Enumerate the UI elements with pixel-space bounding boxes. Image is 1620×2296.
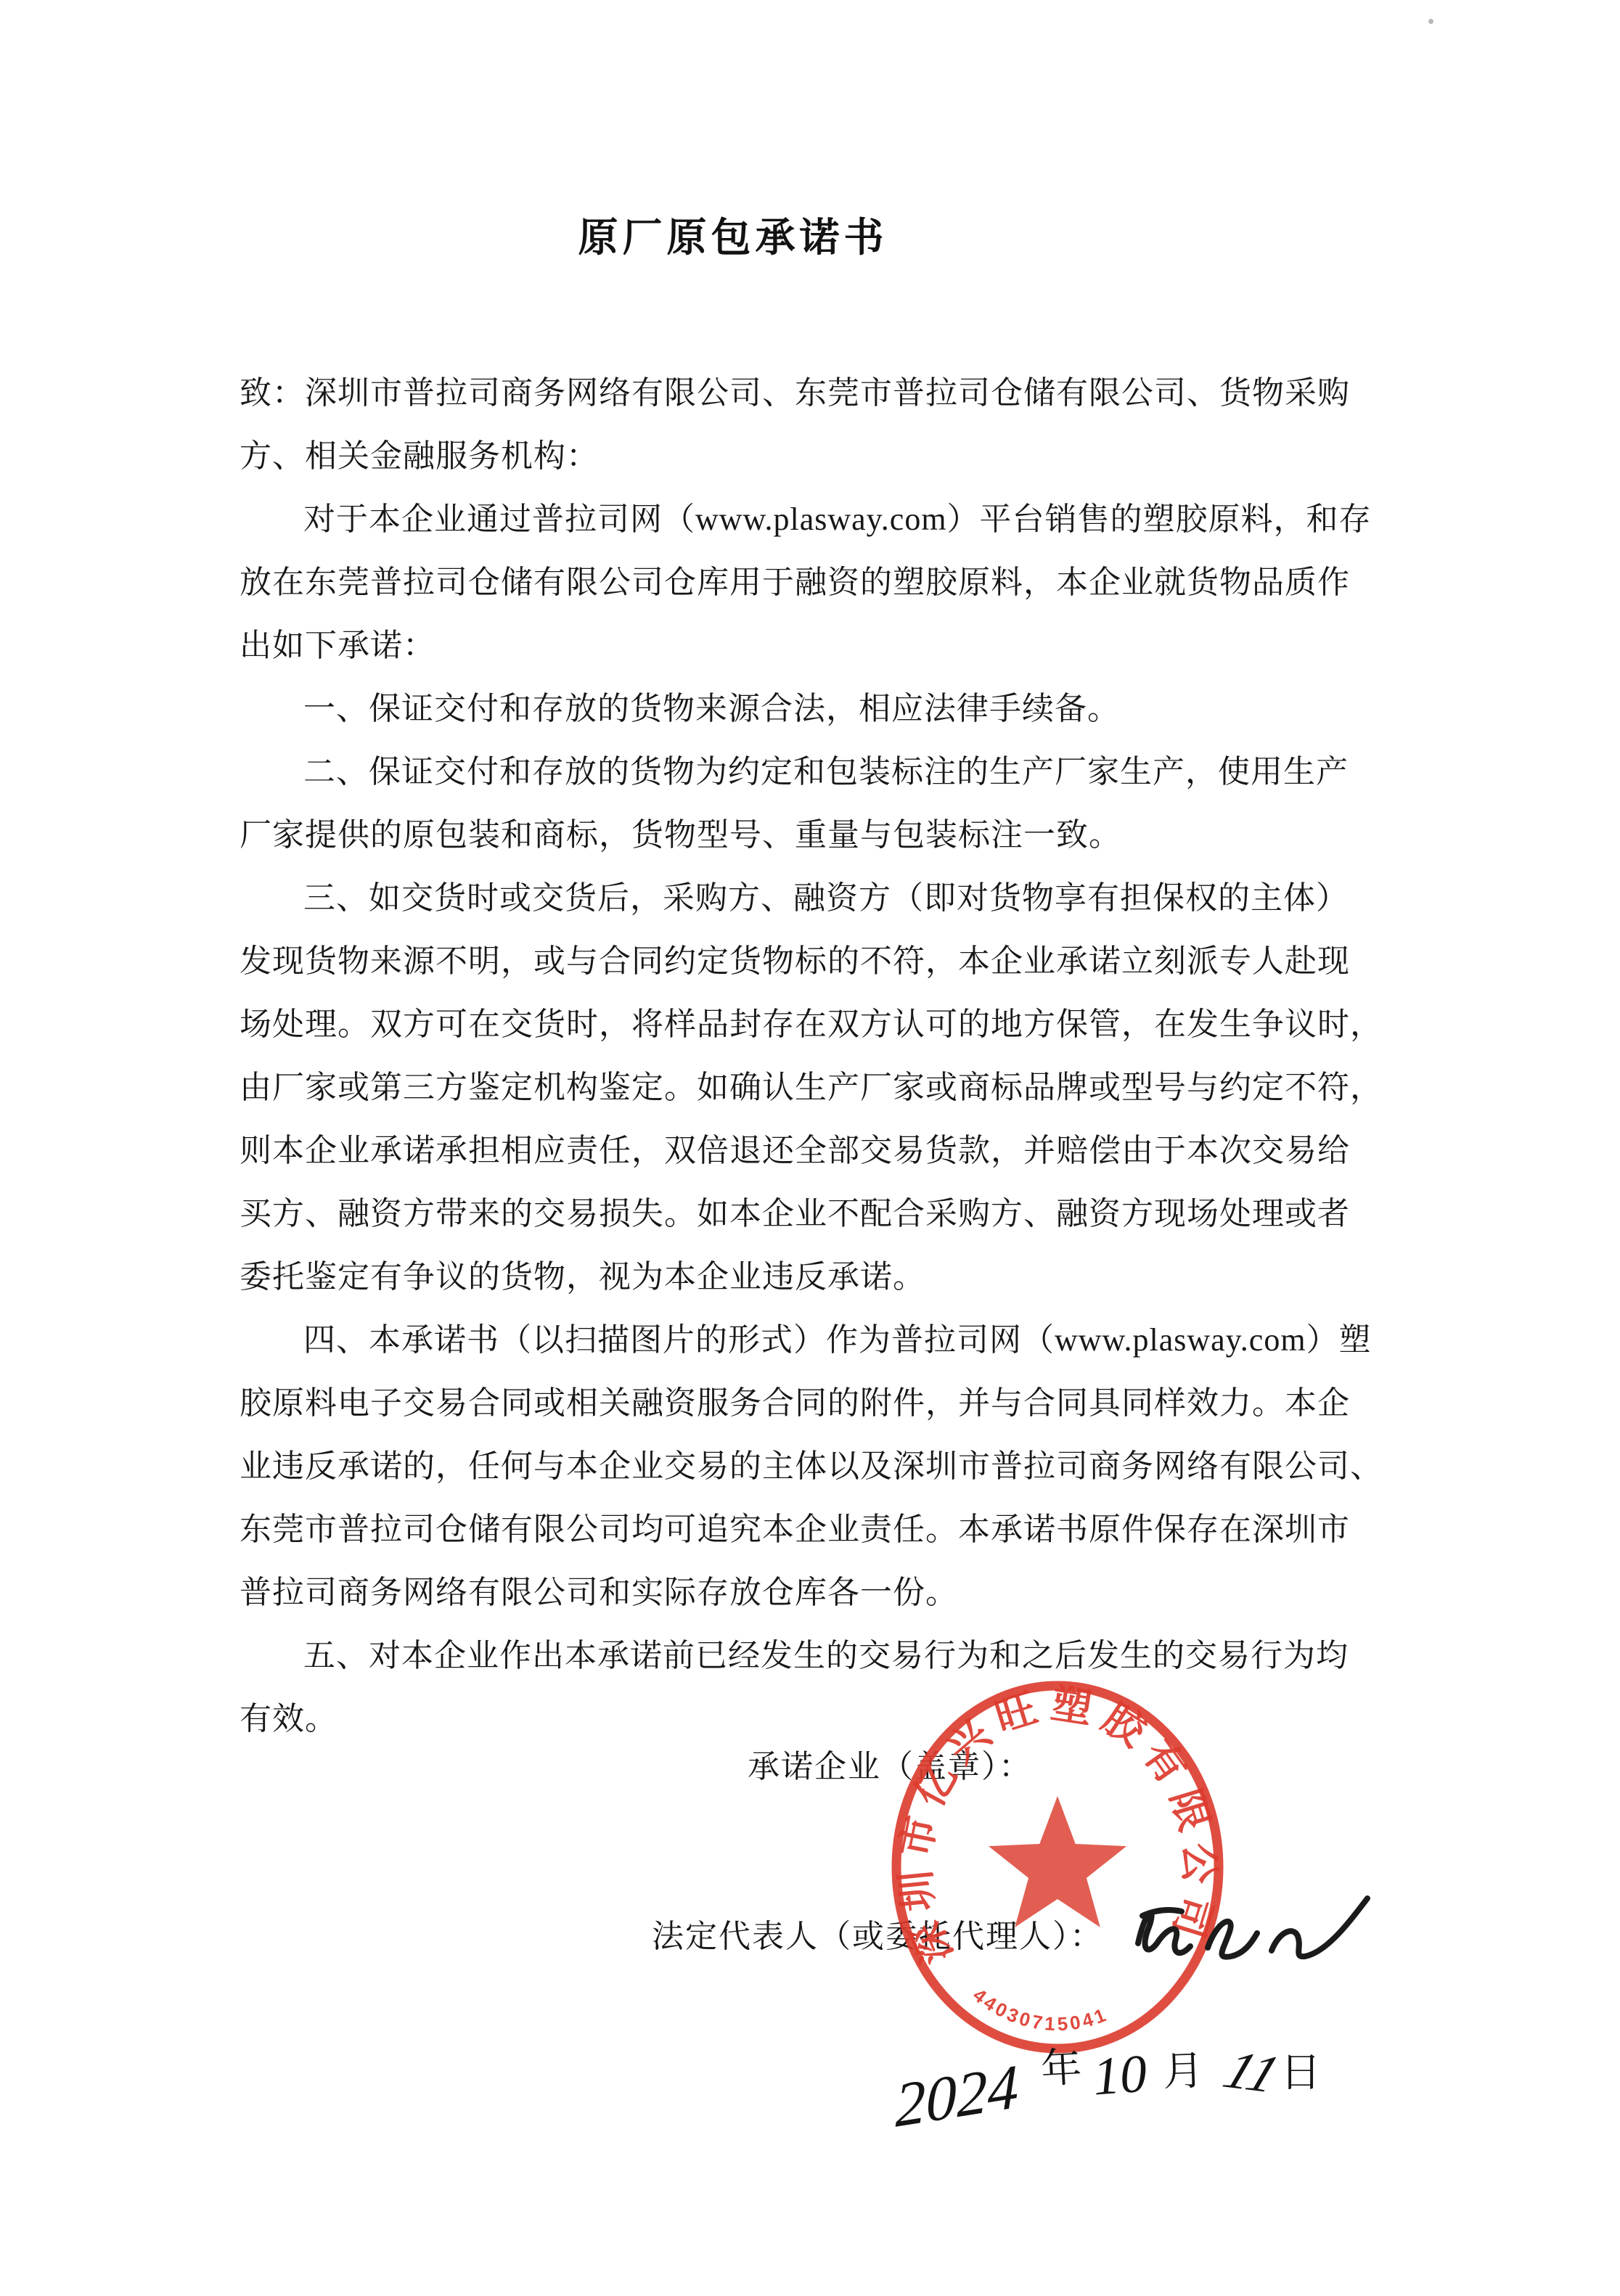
body-line: 场处理。双方可在交货时，将样品封存在双方认可的地方保管，在发生争议时， bbox=[240, 993, 1415, 1056]
body-line: 四、本承诺书（以扫描图片的形式）作为普拉司网（www.plasway.com）塑 bbox=[240, 1308, 1415, 1372]
body-line: 放在东莞普拉司仓储有限公司仓库用于融资的塑胶原料，本企业就货物品质作 bbox=[240, 551, 1415, 614]
body-line: 委托鉴定有争议的货物，视为本企业违反承诺。 bbox=[240, 1245, 1415, 1308]
body-line: 普拉司商务网络有限公司和实际存放仓库各一份。 bbox=[240, 1561, 1415, 1624]
scan-artifact-dot bbox=[1428, 19, 1433, 24]
seal-star-icon bbox=[989, 1796, 1126, 1927]
body-line: 买方、融资方带来的交易损失。如本企业不配合采购方、融资方现场处理或者 bbox=[240, 1182, 1415, 1245]
body-line: 厂家提供的原包装和商标，货物型号、重量与包装标注一致。 bbox=[240, 803, 1415, 866]
body-line: 则本企业承诺承担相应责任，双倍退还全部交易货款，并赔偿由于本次交易给 bbox=[240, 1119, 1415, 1182]
body-line: 业违反承诺的，任何与本企业交易的主体以及深圳市普拉司商务网络有限公司、 bbox=[240, 1435, 1415, 1498]
body-line: 由厂家或第三方鉴定机构鉴定。如确认生产厂家或商标品牌或型号与约定不符， bbox=[240, 1056, 1415, 1119]
body-line: 对于本企业通过普拉司网（www.plasway.com）平台销售的塑胶原料，和存 bbox=[240, 488, 1415, 551]
body-line: 方、相关金融服务机构： bbox=[240, 425, 1415, 488]
body-line: 胶原料电子交易合同或相关融资服务合同的附件，并与合同具同样效力。本企 bbox=[240, 1372, 1415, 1435]
body-line: 致：深圳市普拉司商务网络有限公司、东莞市普拉司仓储有限公司、货物采购 bbox=[240, 361, 1415, 425]
body-line: 东莞市普拉司仓储有限公司均可追究本企业责任。本承诺书原件保存在深圳市 bbox=[240, 1498, 1415, 1561]
page-title: 原厂原包承诺书 bbox=[0, 205, 1466, 263]
body-line: 发现货物来源不明，或与合同约定货物标的不符，本企业承诺立刻派专人赴现 bbox=[240, 930, 1415, 993]
document-body: 致：深圳市普拉司商务网络有限公司、东莞市普拉司仓储有限公司、货物采购 方、相关金… bbox=[240, 361, 1415, 1750]
date-year-unit: 年 bbox=[1039, 2035, 1083, 2096]
date-month: 10 bbox=[1091, 2043, 1149, 2109]
date-day-unit: 日 bbox=[1280, 2041, 1321, 2099]
body-line: 一、保证交付和存放的货物来源合法，相应法律手续备。 bbox=[240, 677, 1415, 740]
date-month-unit: 月 bbox=[1162, 2038, 1205, 2098]
legal-representative-signature bbox=[1118, 1872, 1379, 2025]
body-line: 二、保证交付和存放的货物为约定和包装标注的生产厂家生产，使用生产 bbox=[240, 740, 1415, 803]
scanned-document-page: 原厂原包承诺书 致：深圳市普拉司商务网络有限公司、东莞市普拉司仓储有限公司、货物… bbox=[0, 0, 1620, 2296]
body-line: 出如下承诺： bbox=[240, 614, 1415, 677]
body-line: 三、如交货时或交货后，采购方、融资方（即对货物享有担保权的主体） bbox=[240, 866, 1415, 930]
